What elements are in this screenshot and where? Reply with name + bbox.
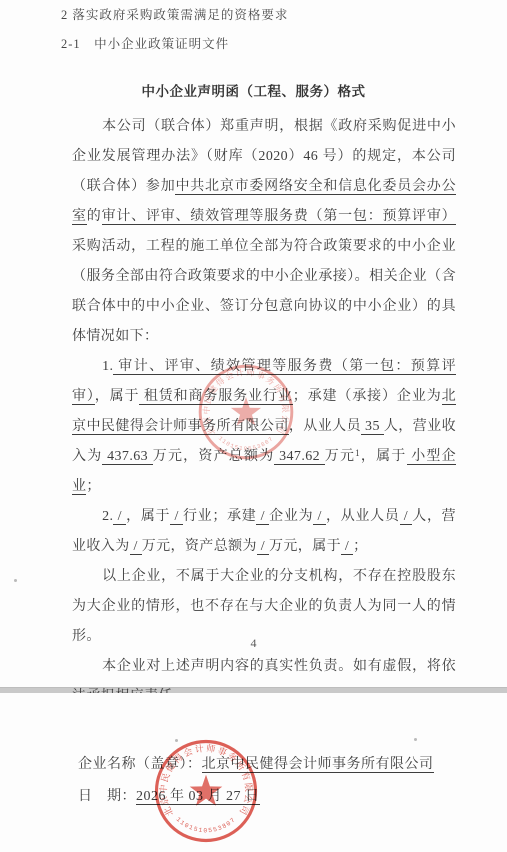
- text-segment: 以上企业，不属于大企业的分支机构，不存在控股股东为大企业的情形，也不存在与大企业…: [72, 569, 456, 644]
- scanned-document: 2 落实政府采购政策需满足的资格要求 2-1 中小企业政策证明文件 中小企业声明…: [0, 0, 507, 852]
- text-segment: ；承建（承接）企业为: [293, 389, 442, 404]
- page-1: 2 落实政府采购政策需满足的资格要求 2-1 中小企业政策证明文件 中小企业声明…: [0, 0, 507, 687]
- text-segment: 日 期：: [78, 789, 136, 804]
- section-heading: 2 落实政府采购政策需满足的资格要求: [61, 5, 288, 23]
- filled-blank: /: [341, 539, 353, 555]
- text-segment: ；: [86, 479, 100, 494]
- text-segment: 万元，资产总额为: [153, 449, 275, 464]
- text-segment: 2.: [102, 509, 113, 524]
- text-segment: 采购活动，工程的施工单位全部为符合政策要求的中小企业（服务全部由符合政策要求的中…: [72, 239, 456, 344]
- declaration-body: 本公司（联合体）郑重声明，根据《政府采购促进中小企业发展管理办法》（财库（202…: [72, 112, 456, 712]
- text-segment: 万元，属于: [269, 539, 341, 554]
- filled-blank: /: [113, 509, 126, 525]
- enterprise-item-2: 2. / ，属于 / 行业；承建 / 企业为 / ，从业人员 / 人，营业收入为…: [72, 502, 456, 562]
- filled-blank: 租赁和商务服务业行业: [139, 389, 292, 405]
- text-segment: ；: [353, 539, 367, 554]
- filled-blank: 审计、评审、绩效管理等服务费（第一包：预算评审）: [102, 209, 456, 225]
- filled-blank: /: [256, 509, 269, 525]
- seal-number-text: 1101510553807: [175, 816, 238, 834]
- enterprise-item-1: 1. 审计、评审、绩效管理等服务费（第一包：预算评审），属于 租赁和商务服务业行…: [72, 352, 456, 502]
- text-segment: ，属于: [360, 449, 406, 464]
- text-segment: 万元: [325, 449, 355, 464]
- text-segment: 1.: [102, 359, 113, 374]
- text-segment: 企业名称（盖章）：: [78, 757, 202, 772]
- date-line: 日 期：2026 年 03 月 27 日: [78, 785, 260, 805]
- filled-blank: /: [130, 539, 142, 555]
- company-name-line: 企业名称（盖章）：北京中民健得会计师事务所有限公司: [78, 753, 434, 773]
- text-segment: ，属于: [95, 389, 140, 404]
- intro-paragraph: 本公司（联合体）郑重声明，根据《政府采购促进中小企业发展管理办法》（财库（202…: [72, 112, 456, 352]
- filled-blank: 437.63: [102, 449, 152, 465]
- filled-blank: /: [170, 509, 183, 525]
- text-segment: ，从业人员: [289, 419, 361, 434]
- text-segment: ，属于: [126, 509, 170, 524]
- text-segment: 的: [87, 209, 102, 224]
- text-segment: 企业为: [269, 509, 313, 524]
- filled-blank: /: [257, 539, 269, 555]
- page-number: 4: [0, 636, 507, 651]
- text-segment: ，从业人员: [326, 509, 400, 524]
- text-segment: 万元，资产总额为: [142, 539, 257, 554]
- filled-blank: /: [400, 509, 413, 525]
- filled-blank: 347.62: [274, 449, 324, 465]
- filled-blank: /: [313, 509, 326, 525]
- filled-blank: 2026 年 03 月 27 日: [136, 789, 260, 805]
- svg-text:1101510553807: 1101510553807: [175, 816, 238, 834]
- filled-blank: 北京中民健得会计师事务所有限公司: [202, 757, 434, 773]
- scan-speck: [175, 739, 178, 742]
- text-segment: 行业；承建: [183, 509, 257, 524]
- filled-blank: 35: [361, 419, 384, 435]
- scan-speck: [14, 579, 17, 582]
- page-2: 企业名称（盖章）：北京中民健得会计师事务所有限公司 日 期：2026 年 03 …: [0, 693, 507, 852]
- subsection-heading: 2-1 中小企业政策证明文件: [61, 34, 229, 52]
- declaration-title: 中小企业声明函（工程、服务）格式: [0, 80, 507, 100]
- scan-speck: [414, 738, 417, 741]
